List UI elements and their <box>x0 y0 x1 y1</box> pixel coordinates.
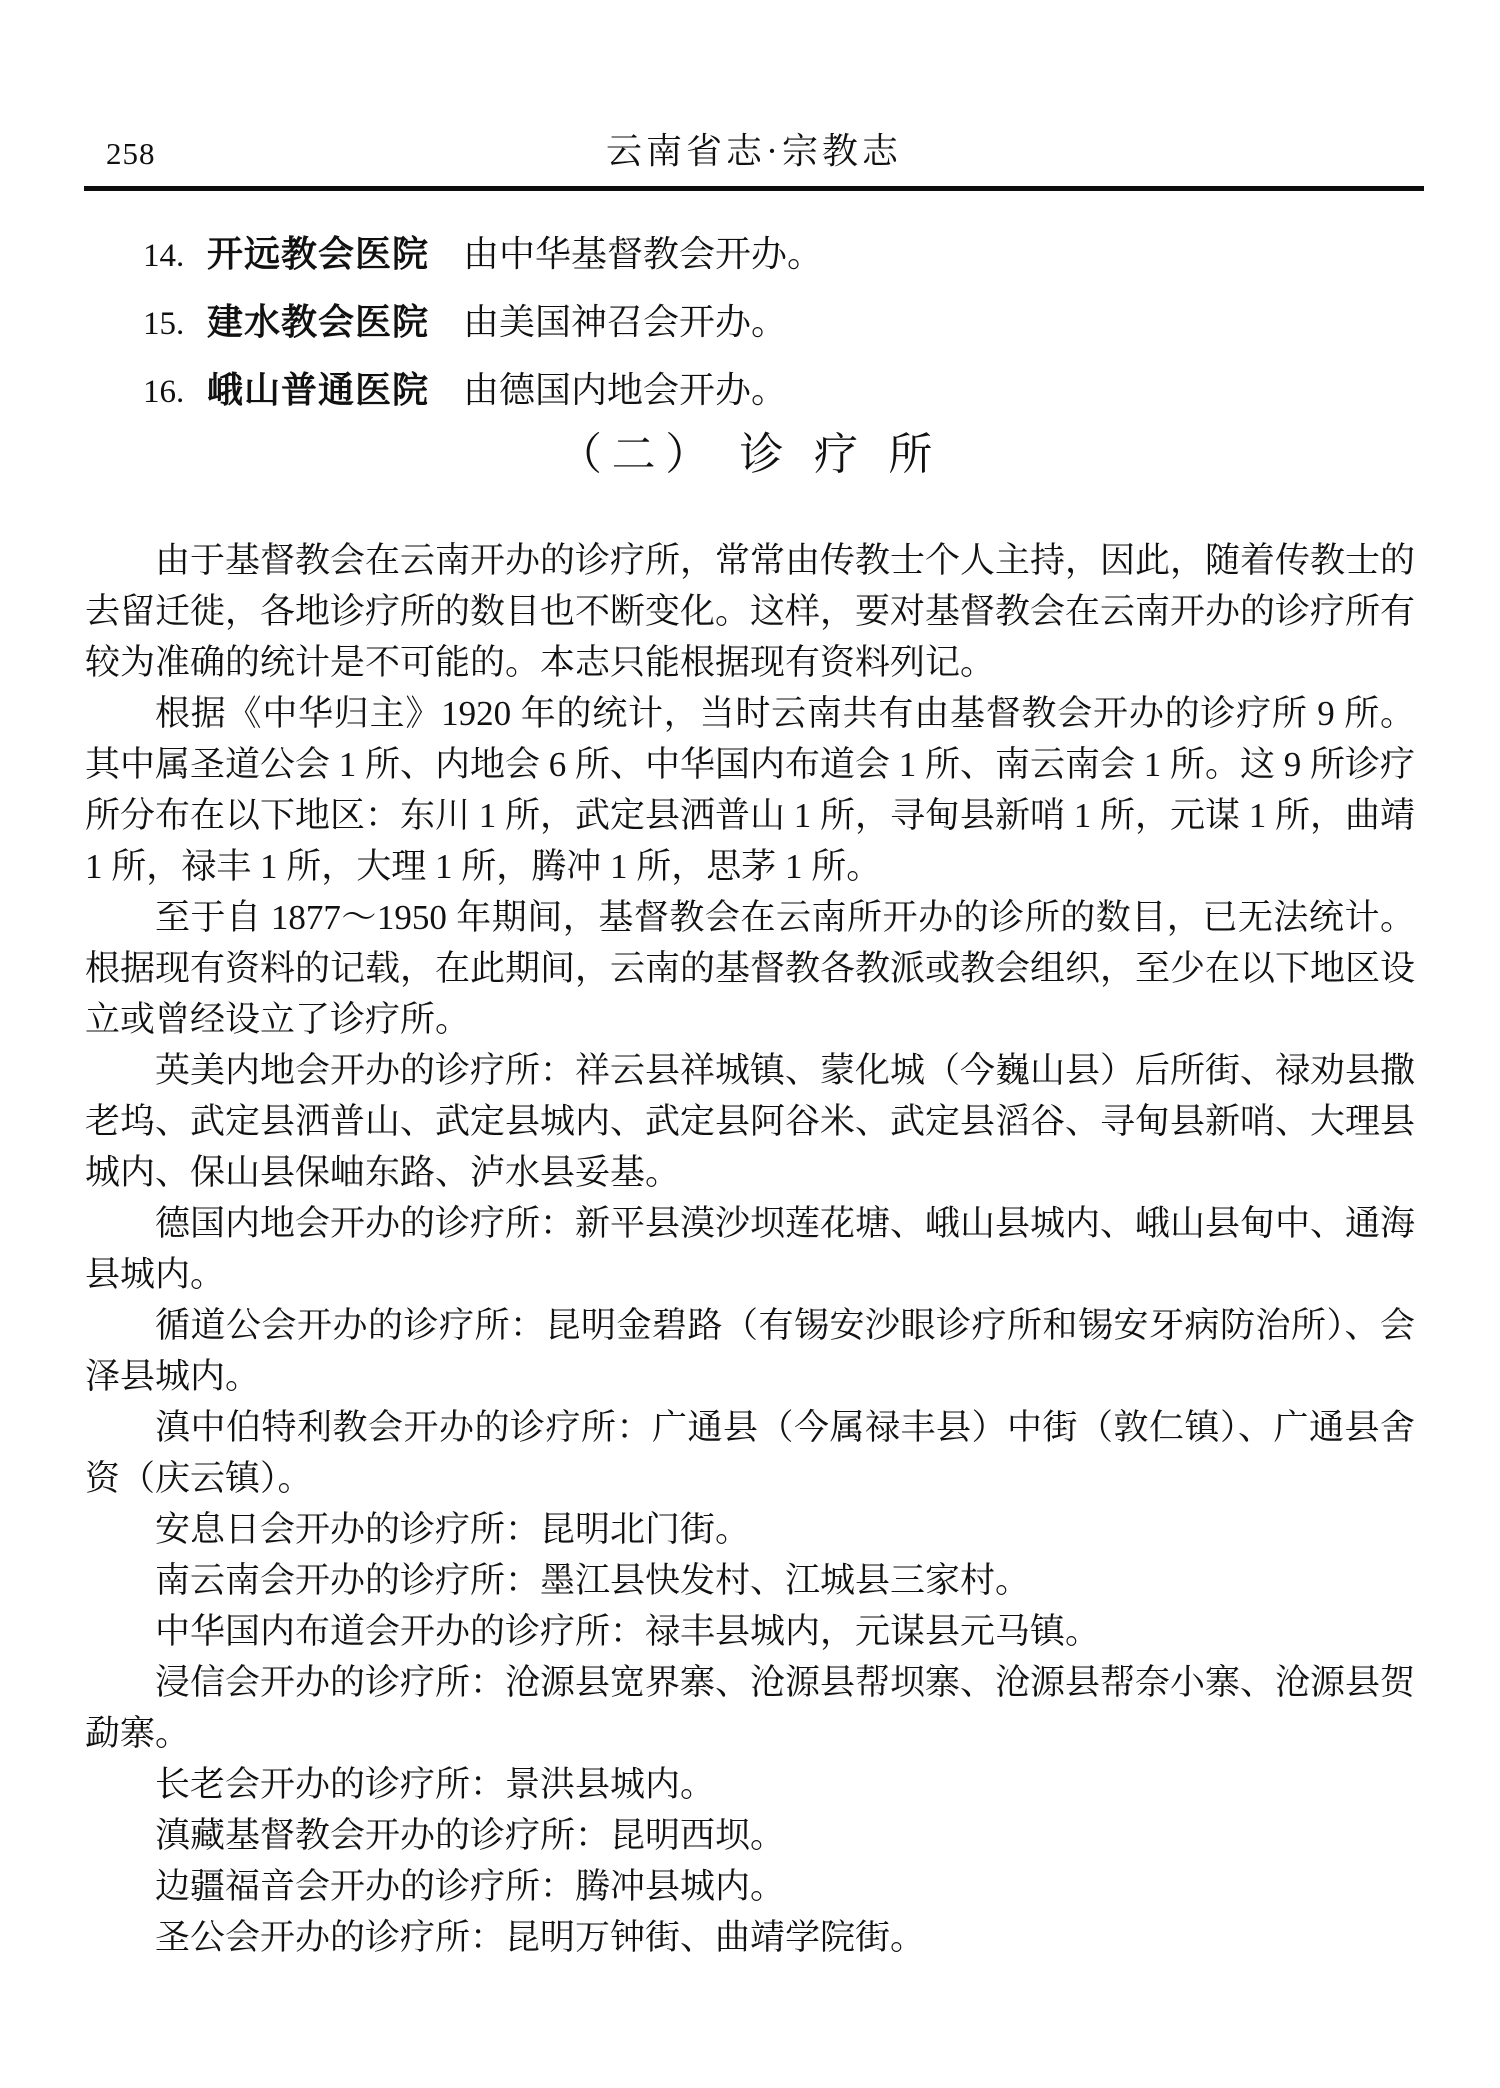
running-head: 258 云南省志·宗教志 <box>84 0 1424 191</box>
paragraph: 中华国内布道会开办的诊疗所：禄丰县城内，元谋县元马镇。 <box>85 1606 1415 1657</box>
paragraph: 边疆福音会开办的诊疗所：腾冲县城内。 <box>85 1861 1415 1912</box>
hospital-list: 14.开远教会医院由中华基督教会开办。 15.建水教会医院由美国神召会开办。 1… <box>85 221 1415 425</box>
section-heading: （二） 诊 疗 所 <box>85 427 1415 483</box>
hospital-item-description: 由中华基督教会开办。 <box>463 234 823 274</box>
paragraph: 循道公会开办的诊疗所：昆明金碧路（有锡安沙眼诊疗所和锡安牙病防治所）、会泽县城内… <box>85 1300 1415 1402</box>
book-title: 云南省志·宗教志 <box>606 123 902 174</box>
paragraph: 滇藏基督教会开办的诊疗所：昆明西坝。 <box>85 1810 1415 1861</box>
paragraph: 南云南会开办的诊疗所：墨江县快发村、江城县三家村。 <box>85 1555 1415 1606</box>
hospital-item-name: 建水教会医院 <box>207 301 429 342</box>
hospital-list-item: 14.开远教会医院由中华基督教会开办。 <box>143 221 1415 289</box>
paragraph: 至于自 1877～1950 年期间，基督教会在云南所开办的诊所的数目，已无法统计… <box>85 892 1415 1045</box>
hospital-item-number: 15. <box>143 291 207 357</box>
paragraph: 由于基督教会在云南开办的诊疗所，常常由传教士个人主持，因此，随着传教士的去留迁徙… <box>85 535 1415 688</box>
paragraph: 长老会开办的诊疗所：景洪县城内。 <box>85 1759 1415 1810</box>
paragraph: 圣公会开办的诊疗所：昆明万钟街、曲靖学院街。 <box>85 1912 1415 1963</box>
paragraph: 德国内地会开办的诊疗所：新平县漠沙坝莲花塘、峨山县城内、峨山县甸中、通海县城内。 <box>85 1198 1415 1300</box>
page-number: 258 <box>106 136 156 172</box>
paragraph: 安息日会开办的诊疗所：昆明北门街。 <box>85 1504 1415 1555</box>
paragraph: 根据《中华归主》1920 年的统计，当时云南共有由基督教会开办的诊疗所 9 所。… <box>85 688 1415 892</box>
paragraph: 浸信会开办的诊疗所：沧源县宽界寨、沧源县帮坝寨、沧源县帮奈小寨、沧源县贺勐寨。 <box>85 1657 1415 1759</box>
scanned-book-page: 258 云南省志·宗教志 14.开远教会医院由中华基督教会开办。 15.建水教会… <box>0 0 1500 2088</box>
body-text: 由于基督教会在云南开办的诊疗所，常常由传教士个人主持，因此，随着传教士的去留迁徙… <box>85 535 1415 1963</box>
hospital-list-item: 15.建水教会医院由美国神召会开办。 <box>143 289 1415 357</box>
hospital-item-description: 由德国内地会开办。 <box>463 370 787 410</box>
hospital-item-description: 由美国神召会开办。 <box>463 302 787 342</box>
hospital-list-item: 16.峨山普通医院由德国内地会开办。 <box>143 357 1415 425</box>
hospital-item-name: 开远教会医院 <box>207 233 429 274</box>
hospital-item-number: 14. <box>143 223 207 289</box>
paragraph: 滇中伯特利教会开办的诊疗所：广通县（今属禄丰县）中街（敦仁镇）、广通县舍资（庆云… <box>85 1402 1415 1504</box>
hospital-item-name: 峨山普通医院 <box>207 369 429 410</box>
hospital-item-number: 16. <box>143 359 207 425</box>
paragraph: 英美内地会开办的诊疗所：祥云县祥城镇、蒙化城（今巍山县）后所街、禄劝县撒老坞、武… <box>85 1045 1415 1198</box>
